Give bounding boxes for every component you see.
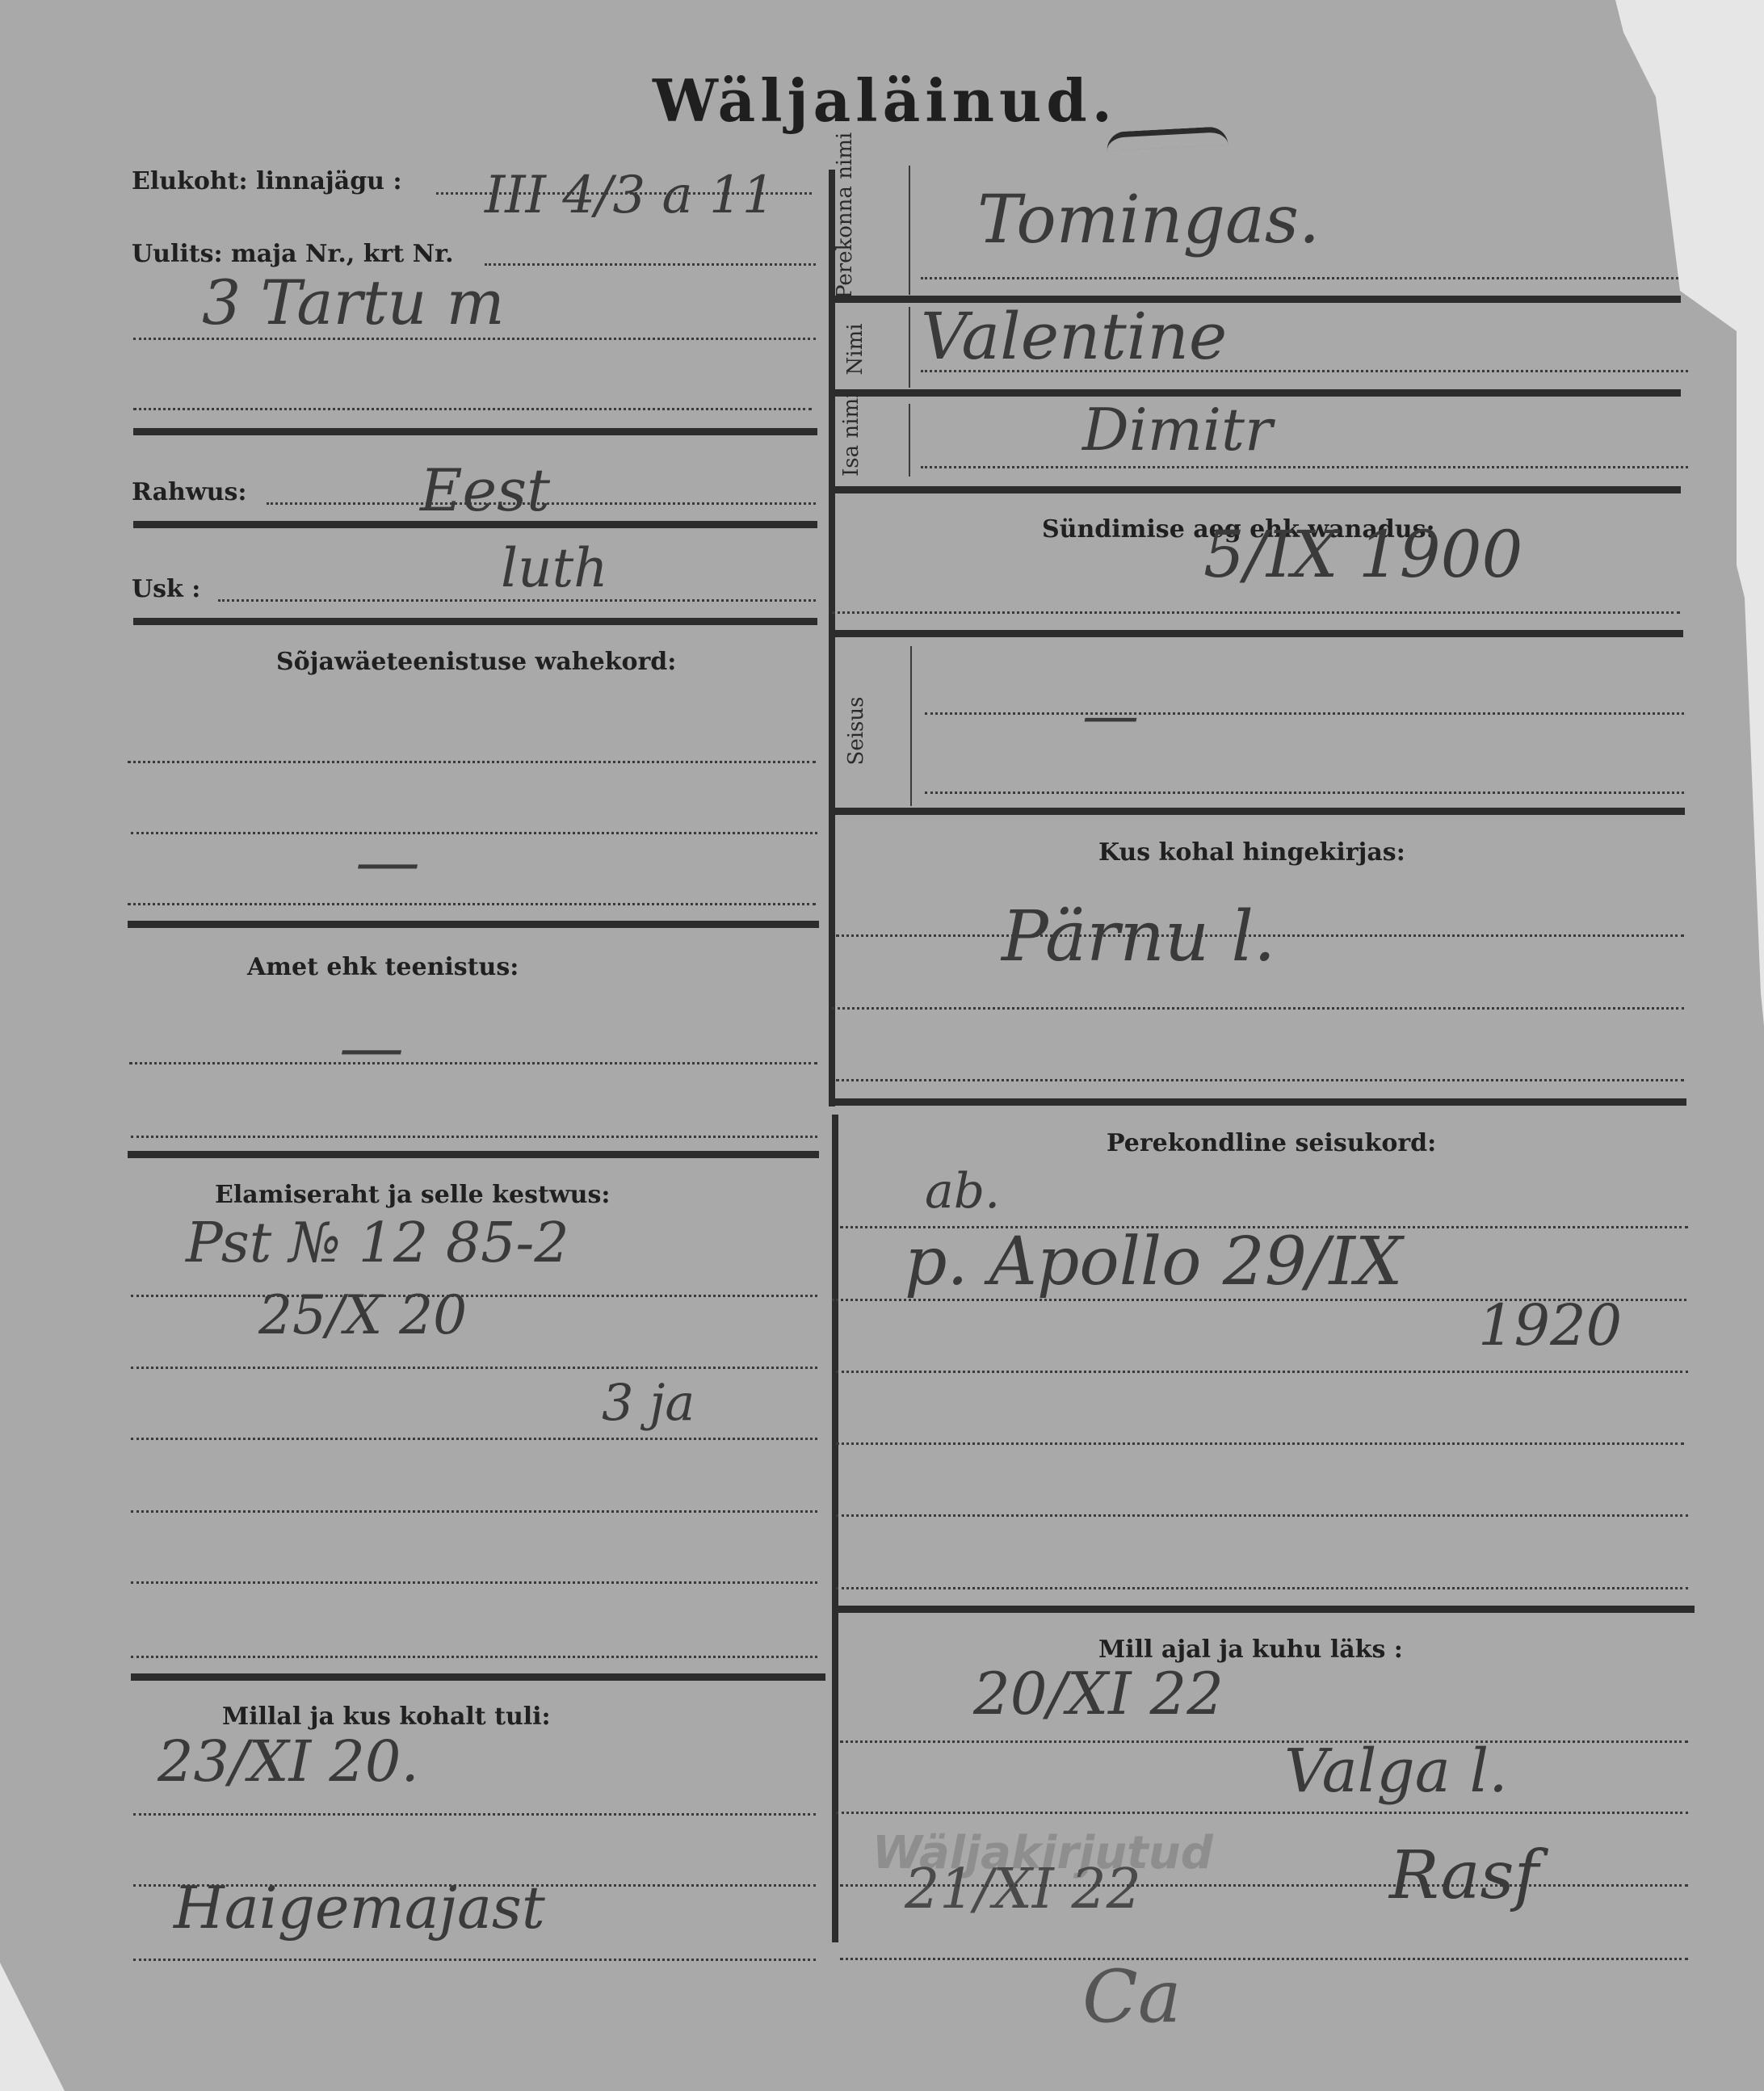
uulits-value: 3 Tartu m — [202, 267, 505, 338]
seisus-value: — — [1082, 682, 1139, 749]
rule-right-5 — [829, 808, 1685, 815]
rule-left-5 — [128, 1151, 819, 1158]
seisus-inner-divider — [910, 646, 912, 806]
sojavae-line-2 — [131, 832, 817, 834]
elamiseraht-line-4 — [131, 1510, 817, 1513]
elukoht-value: III 4/3 a 11 — [485, 166, 775, 225]
usk-line — [218, 599, 816, 602]
elamiseraht-line-3 — [131, 1438, 817, 1440]
rule-right-7 — [832, 1606, 1695, 1613]
document-paper: Wäljaläinud. Elukoht: linnajägu : III 4/… — [0, 0, 1764, 2091]
amet-value: — — [339, 1010, 404, 1085]
millal-tuli-label: Millal ja kus kohalt tuli: — [222, 1703, 551, 1731]
sojavae-line-3 — [128, 903, 816, 905]
millal-tuli-value-2: Haigemajast — [174, 1874, 545, 1942]
perekondline-line-5 — [836, 1514, 1688, 1517]
sojavae-line-1 — [128, 761, 816, 763]
perekondline-label: Perekondline seisukord: — [1107, 1129, 1436, 1157]
nimi-label: Nimi — [844, 311, 867, 388]
elamiseraht-line-6 — [131, 1656, 817, 1658]
sundimise-line — [832, 611, 1680, 614]
rule-left-6 — [131, 1673, 825, 1681]
seisus-line-1 — [925, 712, 1684, 715]
mill-laks-value-1: 20/XI 22 — [973, 1660, 1224, 1728]
perekonnanimi-label: Perekonna nimi — [834, 170, 856, 299]
document-title: Wäljaläinud. — [653, 66, 1117, 135]
hingekirjas-line-3 — [836, 1079, 1684, 1081]
center-divider — [829, 170, 835, 1106]
rule-right-3 — [829, 486, 1681, 493]
hingekirjas-value: Pärnu l. — [1002, 896, 1275, 977]
sojavae-value: — — [355, 824, 420, 899]
millal-tuli-value-1: 23/XI 20. — [157, 1728, 419, 1795]
rule-left-2 — [133, 521, 817, 528]
elamiseraht-value-3: 3 ja — [602, 1373, 695, 1432]
millal-tuli-line-3 — [133, 1959, 816, 1961]
elamiseraht-value-1: Pst № 12 85-2 — [186, 1211, 569, 1275]
center-divider-lower — [832, 1115, 838, 1942]
mill-laks-line-1 — [840, 1740, 1688, 1743]
name-block-inner-divider-2 — [909, 307, 910, 388]
name-block-inner-divider-1 — [909, 166, 910, 295]
rahwus-value: Eest — [420, 456, 550, 524]
mill-laks-value-2: Valga l. — [1284, 1736, 1508, 1806]
perekondline-value-2: p. Apollo 29/IX — [905, 1224, 1402, 1300]
perekondline-line-6 — [836, 1587, 1688, 1589]
signature-rasf: Rasf — [1389, 1837, 1539, 1914]
name-block-inner-divider-3 — [909, 404, 910, 477]
millal-tuli-line-1 — [133, 1813, 816, 1816]
perekonnanimi-value: Tomingas. — [977, 182, 1320, 258]
uulits-label: Uulits: maja Nr., krt Nr. — [132, 240, 454, 268]
seisus-line-2 — [925, 791, 1684, 794]
hingekirjas-line-2 — [832, 1007, 1684, 1010]
stamp-date: 21/XI 22 — [905, 1858, 1141, 1921]
mill-laks-line-2 — [836, 1812, 1688, 1814]
rahwus-label: Rahwus: — [132, 478, 246, 506]
perekondline-line-4 — [836, 1442, 1684, 1445]
mill-laks-line-3 — [840, 1884, 1688, 1887]
rule-left-4 — [128, 921, 819, 928]
title-underline-stroke — [1107, 126, 1228, 151]
rule-left-1 — [133, 428, 817, 435]
elamiseraht-line-1 — [131, 1295, 817, 1297]
isanimi-label: Isa nimi — [840, 404, 863, 477]
signature-ca: Ca — [1082, 1955, 1182, 2039]
elukoht-label: Elukoht: linnajägu : — [132, 167, 402, 195]
elamiseraht-value-2: 25/X 20 — [258, 1284, 467, 1346]
amet-line-2 — [131, 1136, 817, 1138]
usk-value: luth — [501, 537, 608, 599]
elamiseraht-label: Elamiseraht ja selle kestwus: — [215, 1181, 610, 1209]
mill-laks-line-4 — [840, 1958, 1688, 1960]
perekonnanimi-line — [921, 277, 1688, 279]
nimi-value: Valentine — [921, 299, 1227, 374]
rule-left-3 — [133, 618, 817, 625]
address-line-3 — [133, 408, 812, 410]
address-line-2 — [133, 338, 816, 340]
amet-line-1 — [129, 1062, 817, 1064]
perekondline-line-3 — [836, 1371, 1688, 1373]
rule-right-6 — [829, 1098, 1686, 1106]
sojavae-label: Sõjawäeteenistuse wahekord: — [276, 648, 676, 676]
usk-label: Usk : — [132, 575, 200, 603]
sundimise-value: 5/IX 1900 — [1203, 517, 1522, 592]
hingekirjas-label: Kus kohal hingekirjas: — [1098, 838, 1405, 867]
perekondline-value-1: ab. — [925, 1163, 1000, 1220]
amet-label: Amet ehk teenistus: — [247, 953, 519, 981]
nimi-line — [921, 370, 1688, 372]
uulits-line — [485, 263, 816, 266]
rule-right-4 — [829, 630, 1683, 637]
perekondline-value-3: 1920 — [1478, 1292, 1622, 1358]
isanimi-line — [921, 466, 1688, 468]
elamiseraht-line-5 — [131, 1581, 817, 1584]
seisus-label: Seisus — [845, 674, 867, 787]
isanimi-value: Dimitr — [1082, 396, 1272, 464]
elamiseraht-line-2 — [131, 1367, 817, 1369]
